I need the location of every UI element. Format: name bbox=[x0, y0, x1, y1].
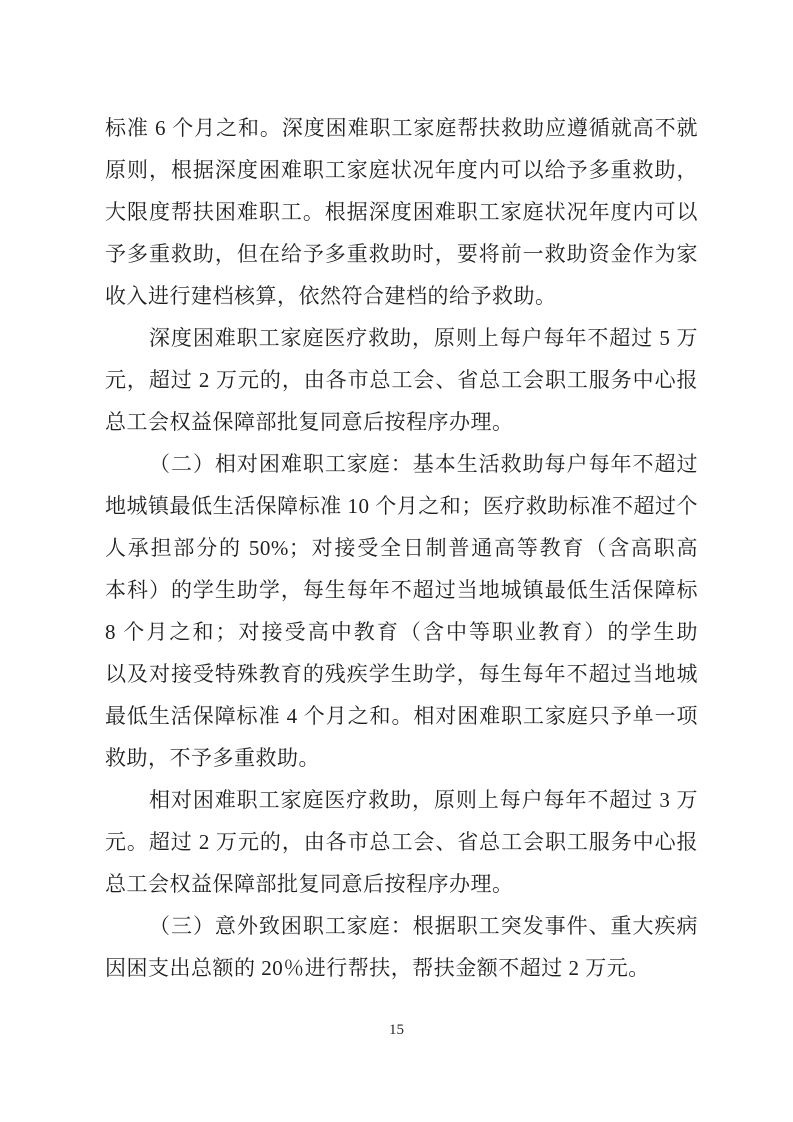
text-line: 予多重救助，但在给予多重救助时，要将前一救助资金作为家庭 bbox=[105, 233, 698, 275]
paragraph-item-three: （三）意外致困职工家庭：根据职工突发事件、重大疾病等 因困支出总额的 20％进行… bbox=[105, 905, 698, 989]
text-line: 救助，不予多重救助。 bbox=[105, 737, 698, 779]
text-line: 深度困难职工家庭医疗救助，原则上每户每年不超过 5 万 bbox=[105, 317, 698, 359]
text-line: 收入进行建档核算，依然符合建档的给予救助。 bbox=[105, 275, 698, 317]
paragraph-medical-aid-deep: 深度困难职工家庭医疗救助，原则上每户每年不超过 5 万 元，超过 2 万元的，由… bbox=[105, 317, 698, 443]
document-page: 标准 6 个月之和。深度困难职工家庭帮扶救助应遵循就高不就低 原则，根据深度困难… bbox=[0, 0, 793, 1122]
text-line: 本科）的学生助学，每生每年不超过当地城镇最低生活保障标准 bbox=[105, 569, 698, 611]
text-line: 人承担部分的 50%；对接受全日制普通高等教育（含高职高专、 bbox=[105, 527, 698, 569]
text-line: 总工会权益保障部批复同意后按程序办理。 bbox=[105, 401, 698, 443]
body-text: 标准 6 个月之和。深度困难职工家庭帮扶救助应遵循就高不就低 原则，根据深度困难… bbox=[105, 107, 698, 989]
text-line: （二）相对困难职工家庭：基本生活救助每户每年不超过当 bbox=[105, 443, 698, 485]
text-line: 地城镇最低生活保障标准 10 个月之和；医疗救助标准不超过个 bbox=[105, 485, 698, 527]
text-line: 标准 6 个月之和。深度困难职工家庭帮扶救助应遵循就高不就低 bbox=[105, 107, 698, 149]
page-number: 15 bbox=[0, 1022, 793, 1039]
text-line: 以及对接受特殊教育的残疾学生助学，每生每年不超过当地城镇 bbox=[105, 653, 698, 695]
paragraph-medical-aid-relative: 相对困难职工家庭医疗救助，原则上每户每年不超过 3 万 元。超过 2 万元的，由… bbox=[105, 779, 698, 905]
text-line: 总工会权益保障部批复同意后按程序办理。 bbox=[105, 863, 698, 905]
text-line: 大限度帮扶困难职工。根据深度困难职工家庭状况年度内可以给 bbox=[105, 191, 698, 233]
text-line: 元。超过 2 万元的，由各市总工会、省总工会职工服务中心报省 bbox=[105, 821, 698, 863]
paragraph-continuation: 标准 6 个月之和。深度困难职工家庭帮扶救助应遵循就高不就低 原则，根据深度困难… bbox=[105, 107, 698, 317]
text-line: 元，超过 2 万元的，由各市总工会、省总工会职工服务中心报省 bbox=[105, 359, 698, 401]
text-line: 因困支出总额的 20％进行帮扶，帮扶金额不超过 2 万元。 bbox=[105, 947, 698, 989]
paragraph-item-two: （二）相对困难职工家庭：基本生活救助每户每年不超过当 地城镇最低生活保障标准 1… bbox=[105, 443, 698, 779]
text-line: （三）意外致困职工家庭：根据职工突发事件、重大疾病等 bbox=[105, 905, 698, 947]
text-line: 8 个月之和；对接受高中教育（含中等职业教育）的学生助学， bbox=[105, 611, 698, 653]
text-line: 原则，根据深度困难职工家庭状况年度内可以给予多重救助，最 bbox=[105, 149, 698, 191]
text-line: 最低生活保障标准 4 个月之和。相对困难职工家庭只予单一项目 bbox=[105, 695, 698, 737]
text-line: 相对困难职工家庭医疗救助，原则上每户每年不超过 3 万 bbox=[105, 779, 698, 821]
